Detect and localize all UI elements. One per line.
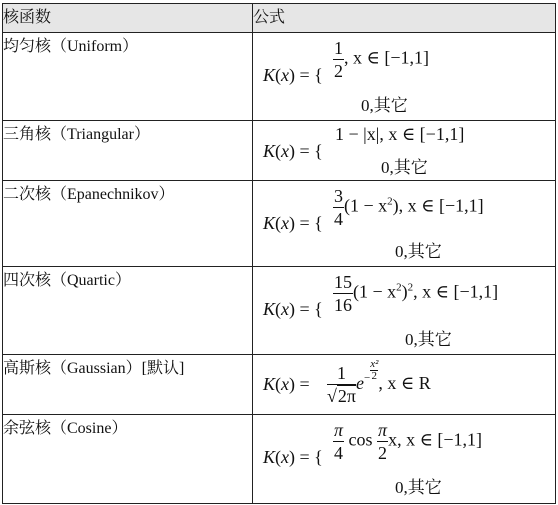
- kernel-name: 高斯核（Gaussian）[默认]: [3, 355, 253, 415]
- kernel-name: 均匀核（Uniform）: [3, 33, 253, 121]
- formula-lhs: K(x) = {: [263, 447, 323, 468]
- kernel-formula: K(x) = { 1 − |x|, x ∈ [−1,1] 0,其它: [253, 121, 556, 181]
- case-bottom: 0,其它: [361, 91, 408, 116]
- case-top: 1 − |x|, x ∈ [−1,1]: [335, 124, 464, 145]
- header-formula: 公式: [253, 4, 556, 33]
- header-kernel: 核函数: [3, 4, 253, 33]
- kernel-formula: K(x) = { 34(1 − x2), x ∈ [−1,1] 0,其它: [253, 181, 556, 267]
- kernel-formula: K(x) = { 1516(1 − x2)2, x ∈ [−1,1] 0,其它: [253, 267, 556, 355]
- case-bottom: 0,其它: [381, 153, 428, 178]
- table-row-epanechnikov: 二次核（Epanechnikov） K(x) = { 34(1 − x2), x…: [3, 181, 556, 267]
- table-row-triangular: 三角核（Triangular） K(x) = { 1 − |x|, x ∈ [−…: [3, 121, 556, 181]
- kernel-name: 三角核（Triangular）: [3, 121, 253, 181]
- case-bottom: 0,其它: [405, 325, 452, 350]
- kernel-function-table: 核函数 公式 均匀核（Uniform） K(x) = { 12, x ∈ [−1…: [2, 3, 556, 504]
- case-bottom: 0,其它: [395, 237, 442, 262]
- kernel-name: 余弦核（Cosine）: [3, 415, 253, 504]
- header-row: 核函数 公式: [3, 4, 556, 33]
- table-row-cosine: 余弦核（Cosine） K(x) = { π4 cos π2x, x ∈ [−1…: [3, 415, 556, 504]
- table-row-gaussian: 高斯核（Gaussian）[默认] K(x) = 1√2πe−x²2, x ∈ …: [3, 355, 556, 415]
- table-row-uniform: 均匀核（Uniform） K(x) = { 12, x ∈ [−1,1] 0,其…: [3, 33, 556, 121]
- kernel-name: 二次核（Epanechnikov）: [3, 181, 253, 267]
- kernel-name: 四次核（Quartic）: [3, 267, 253, 355]
- formula-lhs: K(x) = {: [263, 213, 323, 234]
- case-top: 12, x ∈ [−1,1]: [333, 39, 429, 80]
- case-top: π4 cos π2x, x ∈ [−1,1]: [333, 421, 482, 462]
- kernel-formula: K(x) = { π4 cos π2x, x ∈ [−1,1] 0,其它: [253, 415, 556, 504]
- case-top: 1516(1 − x2)2, x ∈ [−1,1]: [333, 273, 498, 314]
- formula-lhs: K(x) =: [263, 374, 310, 395]
- formula-lhs: K(x) = {: [263, 141, 323, 162]
- formula-lhs: K(x) = {: [263, 299, 323, 320]
- kernel-formula: K(x) = 1√2πe−x²2, x ∈ R: [253, 355, 556, 415]
- formula-expression: 1√2πe−x²2, x ∈ R: [327, 359, 431, 405]
- case-bottom: 0,其它: [395, 473, 442, 498]
- kernel-formula: K(x) = { 12, x ∈ [−1,1] 0,其它: [253, 33, 556, 121]
- case-top: 34(1 − x2), x ∈ [−1,1]: [333, 187, 484, 228]
- table-row-quartic: 四次核（Quartic） K(x) = { 1516(1 − x2)2, x ∈…: [3, 267, 556, 355]
- formula-lhs: K(x) = {: [263, 65, 323, 86]
